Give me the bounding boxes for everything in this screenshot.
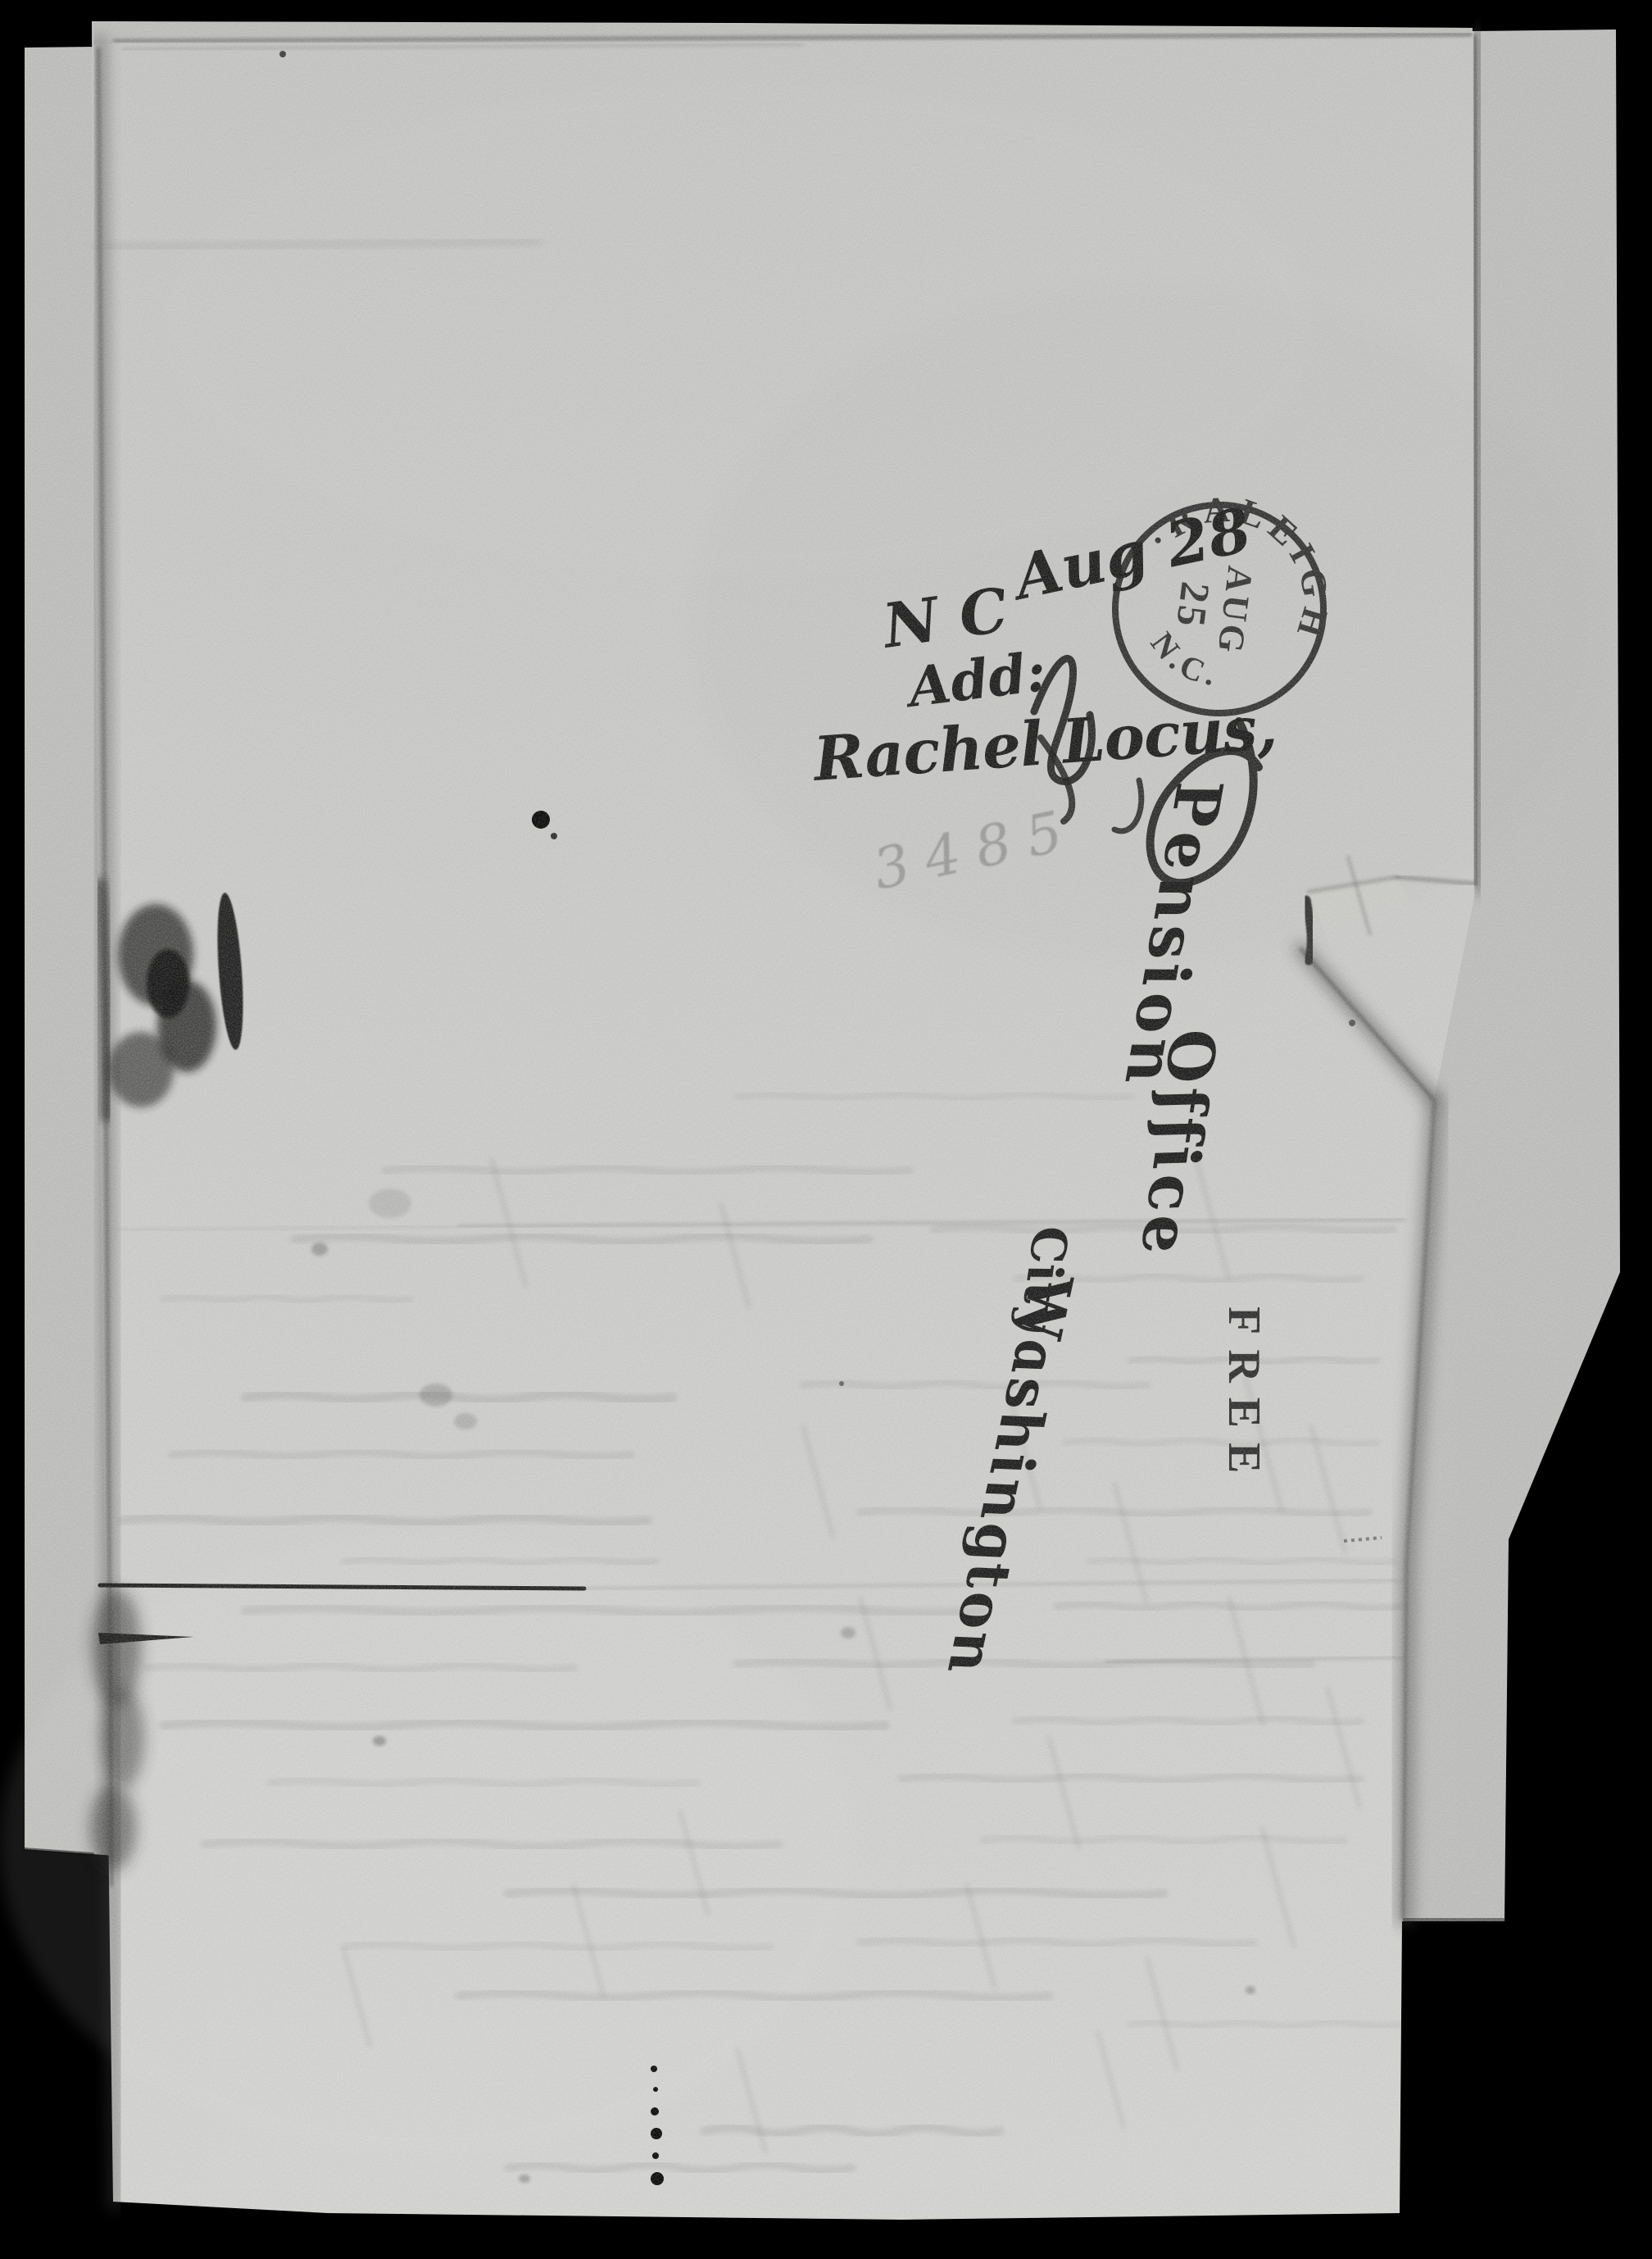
paper-grain xyxy=(0,0,1652,2259)
scanned-letter-cover: ·RALEIGH N.C. AUG 25 FREE Aug 28 N C Add… xyxy=(0,0,1652,2259)
